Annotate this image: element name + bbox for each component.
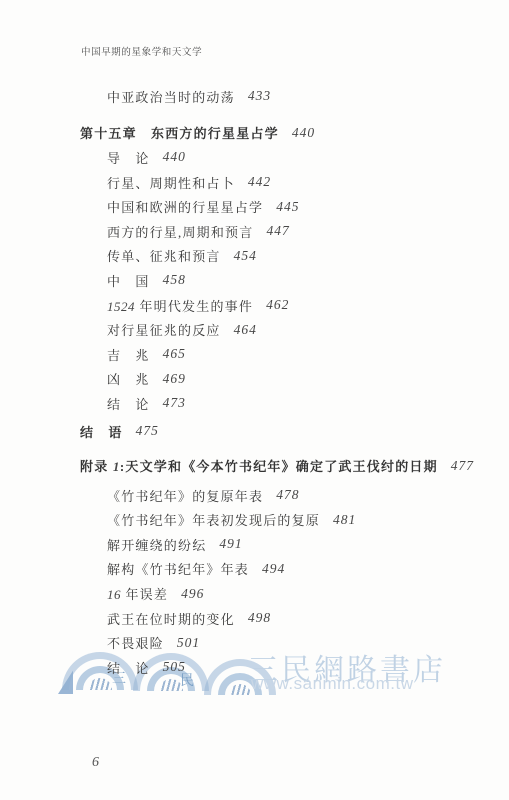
toc-page-number: 477 <box>451 458 474 474</box>
toc-page-number: 494 <box>262 561 285 577</box>
toc-entry: 解开缠绕的纷纭491 <box>80 532 480 557</box>
toc-label: 附录 1:天文学和《今本竹书纪年》确定了武王伐纣的日期 <box>80 456 438 475</box>
toc-page-number: 469 <box>163 371 186 387</box>
toc-entry: 解构《竹书纪年》年表494 <box>80 557 480 582</box>
toc-entry: 凶 兆469 <box>80 367 480 392</box>
toc-label: 解构《竹书纪年》年表 <box>107 559 249 578</box>
logo-wedge <box>58 668 73 694</box>
toc-page-number: 454 <box>234 248 257 264</box>
toc-label: 中国和欧洲的行星星占学 <box>107 197 263 216</box>
toc-entry: 《竹书纪年》的复原年表478 <box>80 483 480 508</box>
toc-page-number: 445 <box>276 199 299 215</box>
toc-page-number: 442 <box>248 174 271 190</box>
toc-entry-list: 中亚政治当时的动荡433 <box>80 84 480 109</box>
toc-page-number: 433 <box>248 88 271 104</box>
toc-heading: 第十五章 东西方的行星星占学440 <box>80 121 480 146</box>
toc-label: 中 国 <box>107 271 150 290</box>
running-head: 中国早期的星象学和天文学 <box>81 44 202 58</box>
logo-arc-core <box>88 678 112 690</box>
toc-label: 西方的行星,周期和预言 <box>107 222 253 241</box>
book-page: 中国早期的星象学和天文学 中亚政治当时的动荡433第十五章 东西方的行星星占学4… <box>0 0 509 800</box>
toc-entry: 结 论473 <box>80 391 480 416</box>
logo-arc-core <box>229 684 251 695</box>
toc-page-number: 440 <box>163 149 186 165</box>
toc-page-number: 481 <box>333 512 356 528</box>
toc-label: 结 论 <box>107 394 150 413</box>
toc-page-number: 478 <box>276 487 299 503</box>
toc-entry: 中亚政治当时的动荡433 <box>80 84 480 109</box>
toc-section-prev-chapter-tail: 中亚政治当时的动荡433 <box>80 84 480 109</box>
toc-page-number: 473 <box>163 395 186 411</box>
page-number: 6 <box>92 755 99 771</box>
toc-label: 解开缠绕的纷纭 <box>107 535 206 554</box>
toc-entry: 导 论440 <box>80 145 480 170</box>
toc-entry-list: 导 论440行星、周期性和占卜442中国和欧洲的行星星占学445西方的行星,周期… <box>80 145 480 416</box>
toc-label: 导 论 <box>107 148 150 167</box>
toc-entry: 传单、征兆和预言454 <box>80 244 480 269</box>
toc-entry: 1524 年明代发生的事件462 <box>80 293 480 318</box>
toc-page-number: 475 <box>136 423 159 439</box>
toc-label: 吉 兆 <box>107 345 150 364</box>
toc-page-number: 498 <box>248 610 271 626</box>
toc-label: 中亚政治当时的动荡 <box>107 87 235 106</box>
toc-entry: 16 年误差496 <box>80 581 480 606</box>
logo-arc-core <box>159 679 183 691</box>
toc-entry: 吉 兆465 <box>80 342 480 367</box>
toc-page-number: 491 <box>219 536 242 552</box>
toc-label: 《竹书纪年》的复原年表 <box>107 486 263 505</box>
toc-entry-list: 《竹书纪年》的复原年表478《竹书纪年》年表初发现后的复原481解开缠绕的纷纭4… <box>80 483 480 680</box>
toc-entry: 西方的行星,周期和预言447 <box>80 219 480 244</box>
toc-label: 对行星征兆的反应 <box>107 320 221 339</box>
toc-page-number: 464 <box>234 322 257 338</box>
toc-entry: 行星、周期性和占卜442 <box>80 170 480 195</box>
toc-label: 结 语 <box>80 422 123 441</box>
toc-entry: 武王在位时期的变化498 <box>80 606 480 631</box>
toc-label: 16 年误差 <box>107 584 168 603</box>
toc-entry: 结 论505 <box>80 655 480 680</box>
toc-entry: 对行星征兆的反应464 <box>80 317 480 342</box>
toc-label: 传单、征兆和预言 <box>107 246 221 265</box>
toc-entry: 《竹书纪年》年表初发现后的复原481 <box>80 508 480 533</box>
toc-label: 1524 年明代发生的事件 <box>107 296 253 315</box>
toc-heading: 结 语475 <box>80 419 480 444</box>
toc-page-number: 458 <box>163 272 186 288</box>
toc-label: 结 论 <box>107 658 150 677</box>
toc-page-number: 462 <box>266 297 289 313</box>
toc-heading: 附录 1:天文学和《今本竹书纪年》确定了武王伐纣的日期477 <box>80 453 480 478</box>
toc-page-number: 496 <box>181 586 204 602</box>
toc-label: 不畏艰险 <box>107 633 164 652</box>
toc-label: 行星、周期性和占卜 <box>107 173 235 192</box>
toc-page-number: 440 <box>292 125 315 141</box>
toc-page-number: 447 <box>266 223 289 239</box>
toc-label: 武王在位时期的变化 <box>107 609 235 628</box>
toc-section-conclusion: 结 语475 <box>80 419 480 444</box>
toc-section-appendix-1: 附录 1:天文学和《今本竹书纪年》确定了武王伐纣的日期477《竹书纪年》的复原年… <box>80 453 480 679</box>
toc-label: 第十五章 东西方的行星星占学 <box>80 123 279 142</box>
toc-entry: 中 国458 <box>80 268 480 293</box>
toc-section-chapter-15: 第十五章 东西方的行星星占学440导 论440行星、周期性和占卜442中国和欧洲… <box>80 121 480 416</box>
toc-entry: 不畏艰险501 <box>80 630 480 655</box>
toc-page-number: 501 <box>177 635 200 651</box>
toc-entry: 中国和欧洲的行星星占学445 <box>80 194 480 219</box>
toc-page-number: 465 <box>163 346 186 362</box>
toc-label: 《竹书纪年》年表初发现后的复原 <box>107 510 320 529</box>
toc-label: 凶 兆 <box>107 369 150 388</box>
table-of-contents: 中亚政治当时的动荡433第十五章 东西方的行星星占学440导 论440行星、周期… <box>80 84 480 680</box>
toc-page-number: 505 <box>163 659 186 675</box>
